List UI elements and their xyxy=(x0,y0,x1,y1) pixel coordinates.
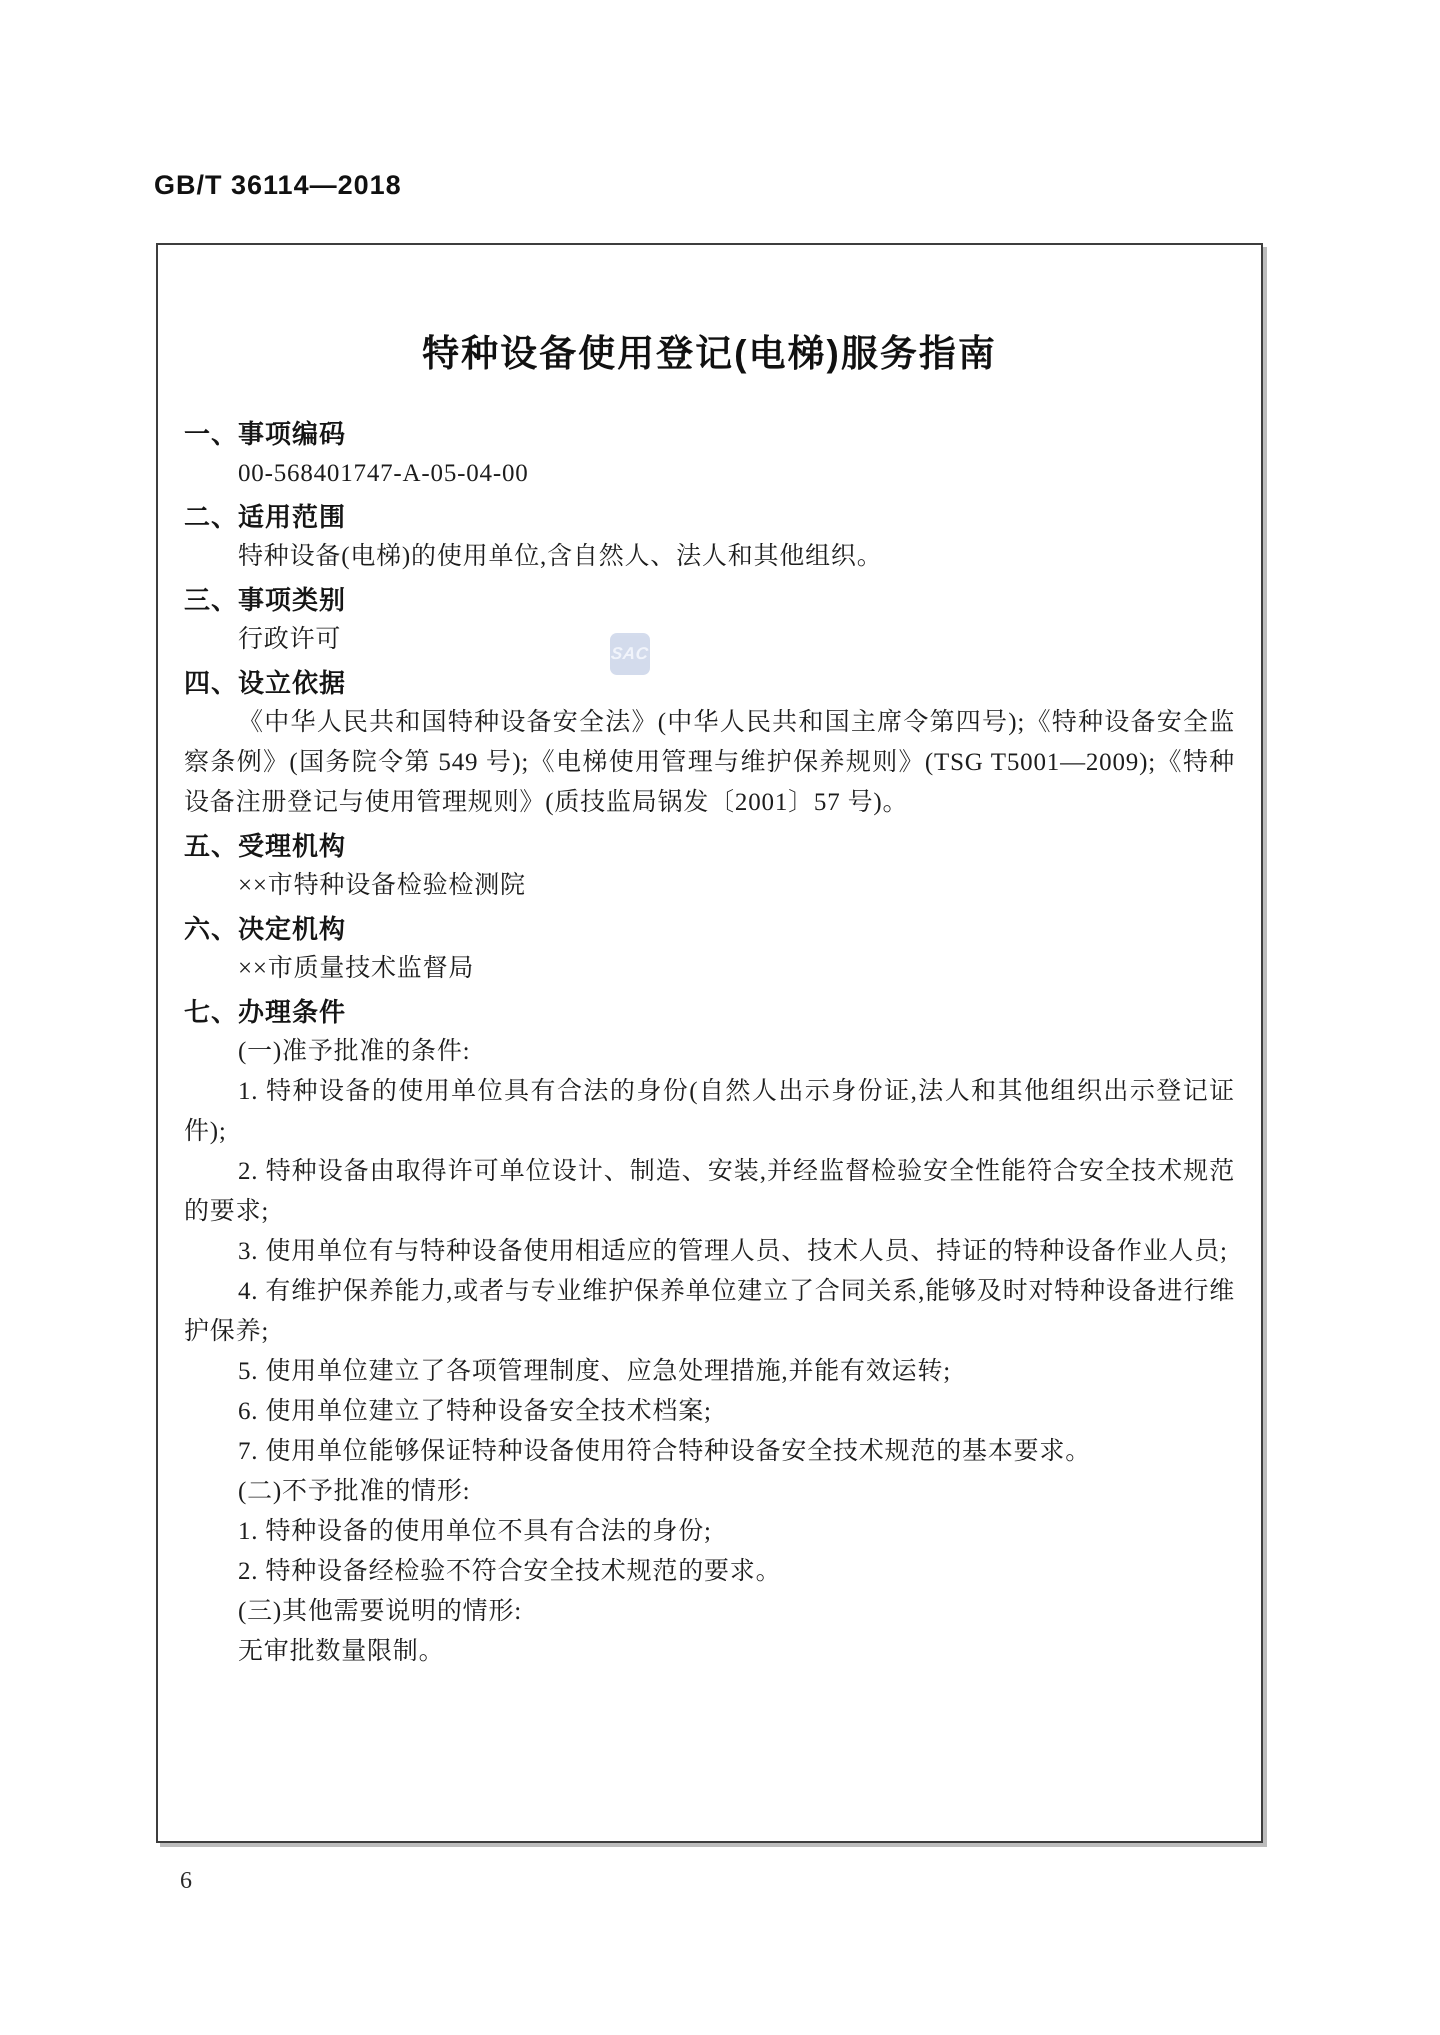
legal-basis-paragraph: 《中华人民共和国特种设备安全法》(中华人民共和国主席令第四号);《特种设备安全监… xyxy=(184,703,1235,823)
section-heading-handling-conditions: 七、办理条件 xyxy=(184,992,1235,1032)
condition-item: 7. 使用单位能够保证特种设备使用符合特种设备安全技术规范的基本要求。 xyxy=(184,1432,1235,1472)
accepting-agency-value: ××市特种设备检验检测院 xyxy=(184,866,1235,906)
condition-item: 5. 使用单位建立了各项管理制度、应急处理措施,并能有效运转; xyxy=(184,1352,1235,1392)
condition-item: 1. 特种设备的使用单位具有合法的身份(自然人出示身份证,法人和其他组织出示登记… xyxy=(184,1072,1235,1152)
section-heading-item-category: 三、事项类别 xyxy=(184,580,1235,620)
condition-item: 无审批数量限制。 xyxy=(184,1632,1235,1672)
section-heading-item-code: 一、事项编码 xyxy=(184,414,1235,454)
condition-item: 4. 有维护保养能力,或者与专业维护保养单位建立了合同关系,能够及时对特种设备进… xyxy=(184,1272,1235,1352)
condition-item: (一)准予批准的条件: xyxy=(184,1032,1235,1072)
section-heading-legal-basis: 四、设立依据 xyxy=(184,663,1235,703)
condition-item: 6. 使用单位建立了特种设备安全技术档案; xyxy=(184,1392,1235,1432)
service-guide-box: 特种设备使用登记(电梯)服务指南 SAC 一、事项编码 00-568401747… xyxy=(156,243,1263,1843)
page-number: 6 xyxy=(180,1868,192,1895)
document-content: 一、事项编码 00-568401747-A-05-04-00 二、适用范围 特种… xyxy=(158,414,1261,1672)
deciding-agency-value: ××市质量技术监督局 xyxy=(184,949,1235,989)
standard-number: GB/T 36114—2018 xyxy=(154,170,402,201)
section-heading-scope: 二、适用范围 xyxy=(184,497,1235,537)
condition-item: 2. 特种设备由取得许可单位设计、制造、安装,并经监督检验安全性能符合安全技术规… xyxy=(184,1152,1235,1232)
scope-value: 特种设备(电梯)的使用单位,含自然人、法人和其他组织。 xyxy=(184,537,1235,577)
section-heading-accepting-agency: 五、受理机构 xyxy=(184,826,1235,866)
condition-item: 3. 使用单位有与特种设备使用相适应的管理人员、技术人员、持证的特种设备作业人员… xyxy=(184,1232,1235,1272)
condition-item: (三)其他需要说明的情形: xyxy=(184,1592,1235,1632)
document-title: 特种设备使用登记(电梯)服务指南 xyxy=(158,323,1261,377)
condition-item: (二)不予批准的情形: xyxy=(184,1472,1235,1512)
item-category-value: 行政许可 xyxy=(184,620,1235,660)
item-code-value: 00-568401747-A-05-04-00 xyxy=(184,454,1235,494)
condition-item: 2. 特种设备经检验不符合安全技术规范的要求。 xyxy=(184,1552,1235,1592)
section-heading-deciding-agency: 六、决定机构 xyxy=(184,909,1235,949)
condition-item: 1. 特种设备的使用单位不具有合法的身份; xyxy=(184,1512,1235,1552)
document-page: GB/T 36114—2018 特种设备使用登记(电梯)服务指南 SAC 一、事… xyxy=(0,0,1440,2035)
